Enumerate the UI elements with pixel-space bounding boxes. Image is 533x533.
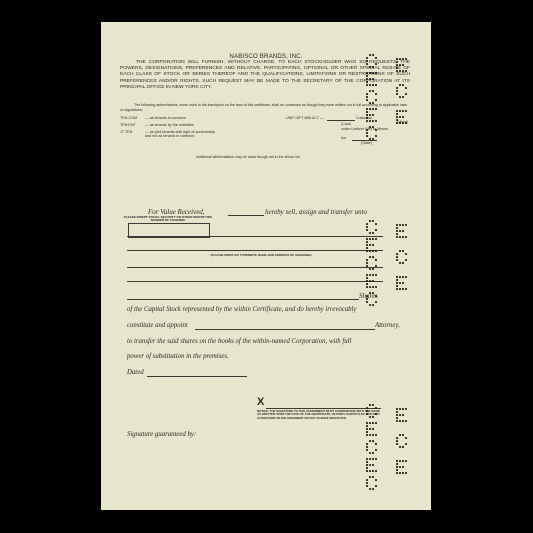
substitution-text: power of substitution in the premises. — [127, 353, 229, 360]
signature-notice: NOTICE: The signature to this assignment… — [257, 410, 382, 420]
ugma-cust: (Cust) — [341, 122, 351, 126]
assignor-line[interactable] — [228, 215, 264, 216]
ugma-label: UNIF GIFT MIN ACT — — [286, 116, 324, 120]
abbreviations-intro-text: The following abbreviations, when used i… — [120, 103, 407, 112]
signature-x-mark: X — [257, 396, 264, 408]
shares-line[interactable] — [127, 299, 359, 300]
abbr-code: TEN ENT — [120, 123, 145, 127]
assignee-line-1[interactable] — [127, 236, 383, 237]
attorney-label: Attorney, — [375, 322, 400, 329]
abbreviations-list: TEN COM — as tenants in common TEN ENT —… — [120, 116, 230, 156]
abbr-meaning: — as tenants by the entireties — [145, 123, 220, 127]
ugma-state: (State) — [361, 141, 372, 145]
sell-assign-transfer: hereby sell, assign and transfer unto — [265, 208, 367, 216]
attorney-line[interactable] — [195, 329, 375, 330]
assignee-line-3[interactable] — [127, 267, 383, 268]
stock-certificate-back: NABISCO BRANDS, INC. THE CORPORATION WIL… — [101, 22, 431, 510]
ugma-under-act: under Uniform Gifts to Minors — [341, 127, 388, 131]
abbr-meaning: — as joint tenants with right of survivo… — [145, 130, 220, 139]
transfer-shares-text: to transfer the said shares on the books… — [127, 338, 351, 345]
dated-label: Dated — [127, 369, 144, 376]
abbr-code: JT TEN — [120, 130, 145, 134]
signature-guaranteed-label: Signature guaranteed by: — [127, 431, 196, 438]
constitute-appoint-text: constitute and appoint — [127, 322, 188, 329]
abbreviation-row: TEN COM — as tenants in common — [120, 116, 230, 121]
assignee-line-4[interactable] — [127, 281, 383, 282]
assignee-line-2[interactable] — [127, 250, 383, 251]
additional-abbreviations-note: Additional abbreviations may be used tho… — [196, 155, 301, 159]
ugma-custodian-line[interactable] — [327, 120, 355, 121]
abbreviation-row: JT TEN — as joint tenants with right of … — [120, 130, 230, 145]
dated-line[interactable] — [147, 376, 247, 377]
name-address-label: (PLEASE PRINT OR TYPEWRITE NAME AND ADDR… — [171, 254, 351, 257]
company-name: NABISCO BRANDS, INC. — [101, 53, 431, 60]
capital-stock-text: of the Capital Stock represented by the … — [127, 306, 356, 313]
ssn-label: PLEASE INSERT SOCIAL SECURITY OR OTHER I… — [123, 216, 213, 223]
abbr-code: TEN COM — [120, 116, 145, 120]
abbreviation-row: TEN ENT — as tenants by the entireties — [120, 123, 230, 128]
abbr-meaning: — as tenants in common — [145, 116, 220, 120]
ugma-act: Act — [341, 136, 346, 140]
